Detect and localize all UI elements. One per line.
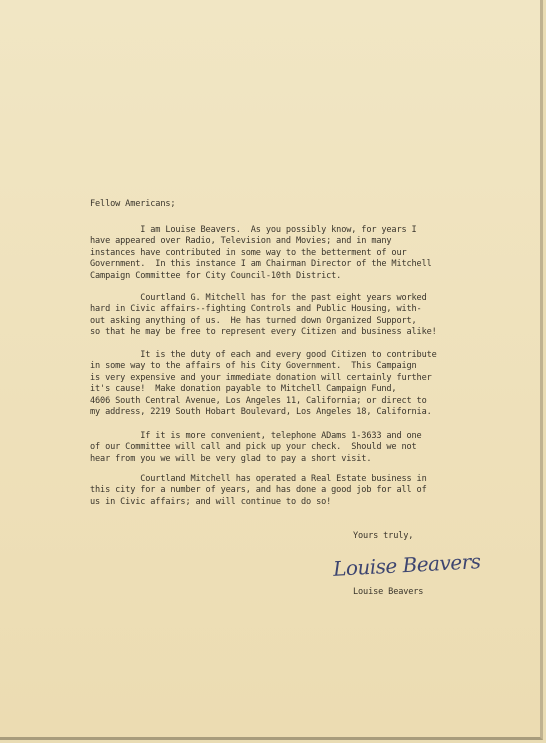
letter-page: Fellow Americans; I am Louise Beavers. A…	[0, 0, 543, 740]
paragraph-4: If it is more convenient, telephone ADam…	[90, 431, 422, 465]
handwritten-signature: Louise Beavers	[332, 549, 481, 581]
paragraph-1: I am Louise Beavers. As you possibly kno…	[90, 225, 432, 282]
typed-name: Louise Beavers	[353, 587, 423, 598]
salutation: Fellow Americans;	[90, 199, 175, 210]
paragraph-2: Courtland G. Mitchell has for the past e…	[90, 293, 437, 339]
paragraph-5: Courtland Mitchell has operated a Real E…	[90, 474, 427, 508]
paragraph-3: It is the duty of each and every good Ci…	[90, 350, 437, 418]
closing: Yours truly,	[353, 531, 413, 542]
